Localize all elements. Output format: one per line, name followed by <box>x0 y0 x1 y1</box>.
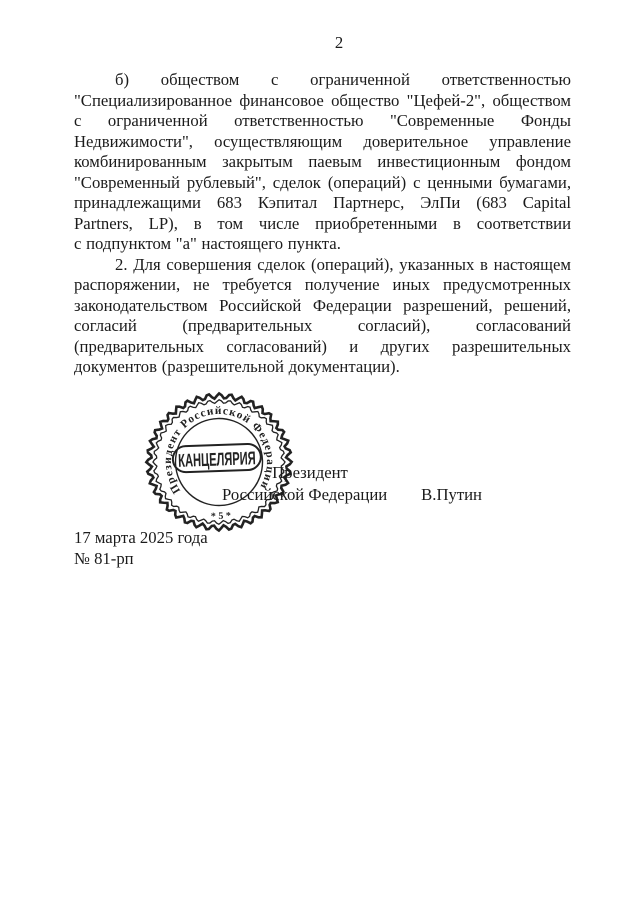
signatory-title-line1: Президент <box>222 462 398 484</box>
document-body: б) обществом с ограниченной ответственно… <box>74 70 571 378</box>
text-line: Недвижимости", осуществляющим доверитель… <box>74 132 571 153</box>
text-line: Partners, LP), в том числе приобретенным… <box>74 214 571 235</box>
text-line: принадлежащими 683 Кэпитал Партнерс, ЭлП… <box>74 193 571 214</box>
signatory-title-line2: Российской Федерации <box>222 484 387 506</box>
text-line: с ограниченной ответственностью "Совреме… <box>74 111 571 132</box>
document-date: 17 марта 2025 года <box>74 527 208 548</box>
text-line: "Современный рублевый", сделок (операций… <box>74 173 571 194</box>
text-line: комбинированным закрытым паевым инвестиц… <box>74 152 571 173</box>
text-line: документов (разрешительной документации)… <box>74 357 571 378</box>
date-number-block: 17 марта 2025 года № 81-рп <box>74 527 208 569</box>
signature-block: Президент Российской Федерации В.Путин <box>222 462 482 505</box>
document-number: № 81-рп <box>74 548 208 569</box>
text-line: 2. Для совершения сделок (операций), ука… <box>74 255 571 276</box>
text-line: согласий (предварительных согласий), сог… <box>74 316 571 337</box>
signatory-name: В.Путин <box>421 484 482 506</box>
text-line: законодательством Российской Федерации р… <box>74 296 571 317</box>
stamp-bottom-text: * 5 * <box>211 511 231 523</box>
text-line: (предварительных согласований) и других … <box>74 337 571 358</box>
document-page: 2 б) обществом с ограниченной ответствен… <box>0 0 640 905</box>
page-number: 2 <box>74 33 604 53</box>
text-line: распоряжении, не требуется получение ины… <box>74 275 571 296</box>
text-line: "Специализированное финансовое общество … <box>74 91 571 112</box>
text-line: б) обществом с ограниченной ответственно… <box>74 70 571 91</box>
text-line: с подпунктом "а" настоящего пункта. <box>74 234 571 255</box>
